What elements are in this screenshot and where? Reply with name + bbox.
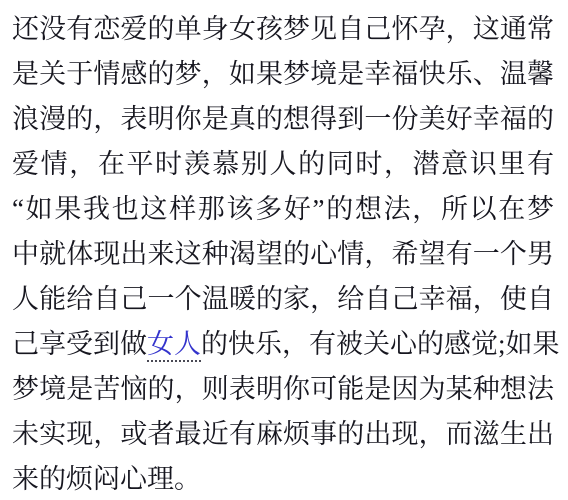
text-line: 来的烦闷心理。 — [12, 457, 554, 500]
text-segment: 己享受到做 — [12, 329, 147, 359]
text-segment: 梦境是苦恼的，则表明你可能是因为某种想法 — [12, 374, 554, 404]
text-segment: 人能给自己一个温暖的家，给自己幸福，使自 — [12, 284, 554, 314]
text-segment: 浪漫的，表明你是真的想得到一份美好幸福的 — [12, 104, 554, 134]
text-segment: 的快乐，有被关心的感觉;如果 — [201, 329, 560, 359]
text-line: 己享受到做女人的快乐，有被关心的感觉;如果 — [12, 322, 554, 367]
text-segment: 爱情，在平时羡慕别人的同时，潜意识里有 — [12, 149, 554, 179]
text-segment: 是关于情感的梦，如果梦境是幸福快乐、温馨 — [12, 59, 554, 89]
text-line: 是关于情感的梦，如果梦境是幸福快乐、温馨 — [12, 52, 554, 97]
text-segment: 未实现，或者最近有麻烦事的出现，而滋生出 — [12, 419, 554, 449]
text-line: 爱情，在平时羡慕别人的同时，潜意识里有 — [12, 142, 554, 187]
text-segment: 还没有恋爱的单身女孩梦见自己怀孕，这通常 — [12, 14, 554, 44]
text-line: 浪漫的，表明你是真的想得到一份美好幸福的 — [12, 97, 554, 142]
paragraph: 还没有恋爱的单身女孩梦见自己怀孕，这通常是关于情感的梦，如果梦境是幸福快乐、温馨… — [12, 7, 554, 500]
text-segment: “如果我也这样那该多好”的想法，所以在梦 — [12, 194, 554, 224]
text-line: 未实现，或者最近有麻烦事的出现，而滋生出 — [12, 412, 554, 457]
text-line: 人能给自己一个温暖的家，给自己幸福，使自 — [12, 277, 554, 322]
text-line: 还没有恋爱的单身女孩梦见自己怀孕，这通常 — [12, 7, 554, 52]
text-page: 还没有恋爱的单身女孩梦见自己怀孕，这通常是关于情感的梦，如果梦境是幸福快乐、温馨… — [0, 0, 568, 500]
text-segment: 中就体现出来这种渴望的心情，希望有一个男 — [12, 239, 554, 269]
text-line: “如果我也这样那该多好”的想法，所以在梦 — [12, 187, 554, 232]
text-line: 梦境是苦恼的，则表明你可能是因为某种想法 — [12, 367, 554, 412]
text-segment: 来的烦闷心理。 — [12, 464, 201, 494]
text-line: 中就体现出来这种渴望的心情，希望有一个男 — [12, 232, 554, 277]
keyword-link-woman[interactable]: 女人 — [147, 329, 201, 362]
